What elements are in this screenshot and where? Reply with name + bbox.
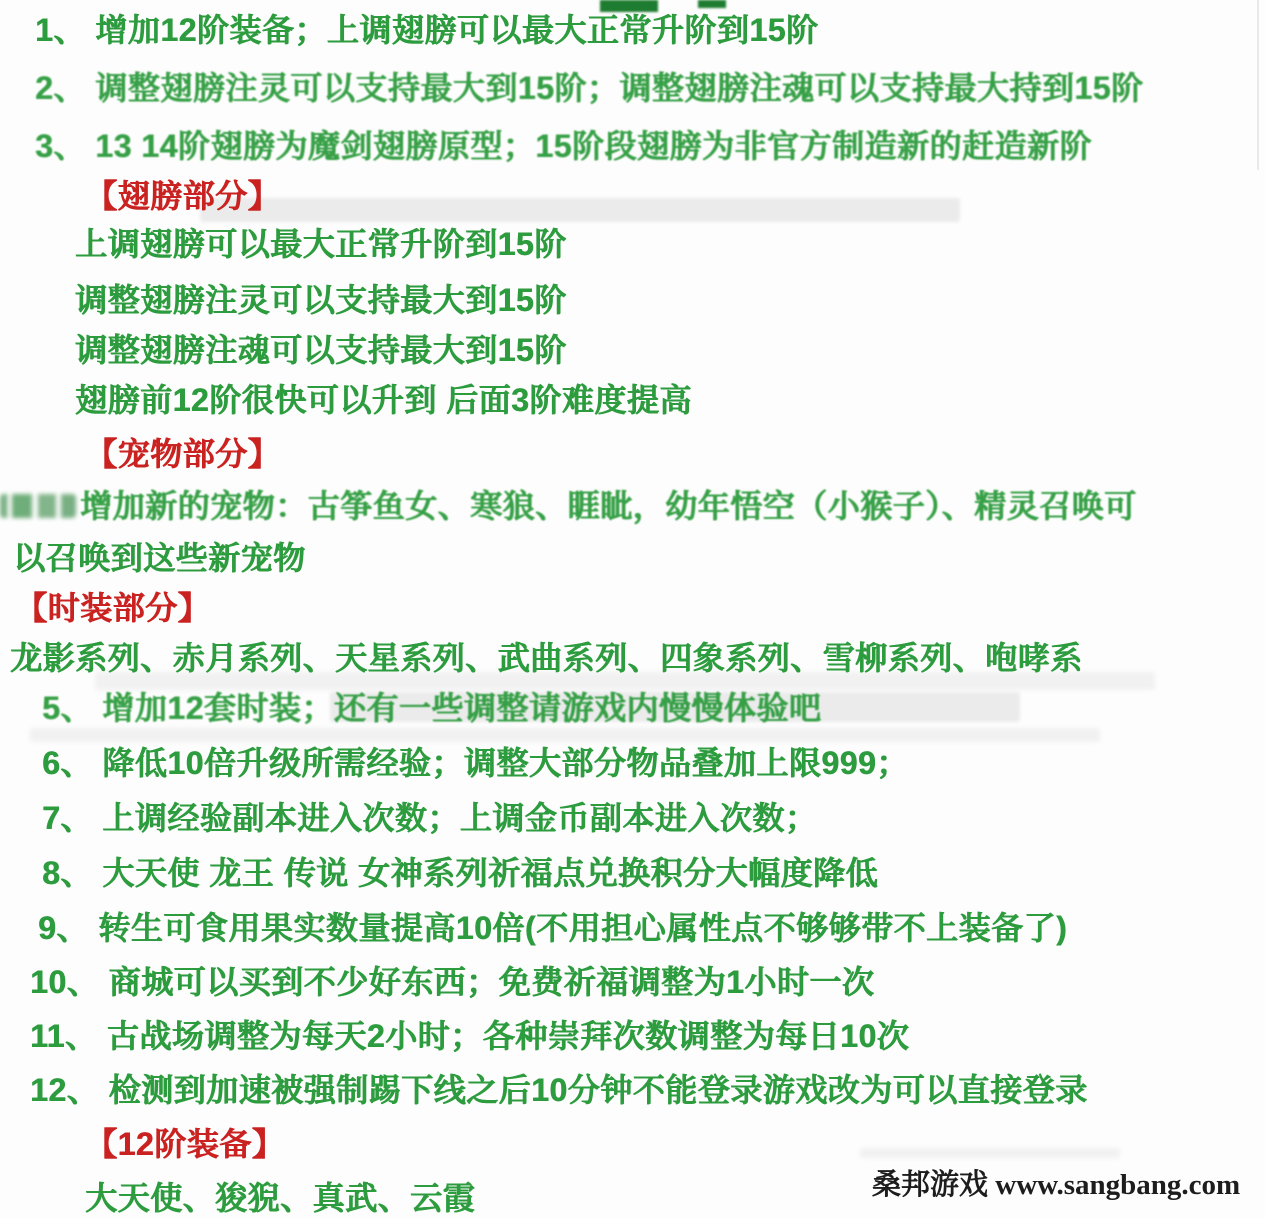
section-header-fashion: 【时装部分】 [15, 592, 210, 624]
patch-note-line-6: 6、 降低10倍升级所需经验；调整大部分物品叠加上限999； [42, 747, 909, 779]
patch-note-line-3: 3、 13 14阶翅膀为魔剑翅膀原型；15阶段翅膀为非官方制造新的赶造新阶 [35, 130, 1092, 162]
gear-list-line: 大天使、狻猊、真武、云霞 [85, 1182, 475, 1214]
erased-text-artifact [0, 494, 76, 518]
patch-note-line-12: 12、 检测到加速被强制踢下线之后10分钟不能登录游戏改为可以直接登录 [30, 1074, 1088, 1106]
patch-note-line-8: 8、 大天使 龙王 传说 女神系列祈福点兑换积分大幅度降低 [42, 857, 878, 889]
patch-note-line-5: 5、 增加12套时装；还有一些调整请游戏内慢慢体验吧 [42, 692, 821, 724]
wings-note-line: 翅膀前12阶很快可以升到 后面3阶难度提高 [75, 384, 692, 416]
patch-note-line-10: 10、 商城可以买到不少好东西；免费祈福调整为1小时一次 [30, 966, 874, 998]
patch-note-line-1: 1、 增加12阶装备；上调翅膀可以最大正常升阶到15阶 [35, 14, 818, 46]
section-header-tier12-gear: 【12阶装备】 [85, 1128, 284, 1160]
scan-edge-artifact [1257, 0, 1259, 170]
erased-watermark-ghost [860, 1148, 1120, 1158]
pets-note-line: 增加新的宠物：古筝鱼女、寒狼、睚眦，幼年悟空（小猴子）、精灵召唤可 [80, 490, 1137, 522]
clipped-text-artifact [698, 0, 726, 8]
patch-notes-document: 1、 增加12阶装备；上调翅膀可以最大正常升阶到15阶 2、 调整翅膀注灵可以支… [0, 0, 1265, 1218]
patch-note-line-2: 2、 调整翅膀注灵可以支持最大到15阶；调整翅膀注魂可以支持最大持到15阶 [35, 72, 1143, 104]
patch-note-line-9: 9、 转生可食用果实数量提高10倍(不用担心属性点不够够带不上装备了) [38, 912, 1067, 944]
erased-watermark-ghost [200, 198, 960, 222]
section-header-pets: 【宠物部分】 [85, 438, 280, 470]
fashion-series-line: 龙影系列、赤月系列、天星系列、武曲系列、四象系列、雪柳系列、咆哮系 [10, 642, 1083, 674]
site-watermark: 桑邦游戏 www.sangbang.com [872, 1162, 1240, 1203]
wings-note-line: 上调翅膀可以最大正常升阶到15阶 [75, 228, 567, 260]
pets-note-line: 以召唤到这些新宠物 [13, 542, 306, 574]
wings-note-line: 调整翅膀注灵可以支持最大到15阶 [75, 284, 567, 316]
wings-note-line: 调整翅膀注魂可以支持最大到15阶 [75, 334, 567, 366]
patch-note-line-11: 11、 古战场调整为每天2小时；各种崇拜次数调整为每日10次 [30, 1020, 909, 1052]
section-header-wings: 【翅膀部分】 [85, 180, 280, 212]
clipped-text-artifact [600, 0, 658, 12]
erased-watermark-ghost [30, 728, 1100, 742]
patch-note-line-7: 7、 上调经验副本进入次数；上调金币副本进入次数； [42, 802, 817, 834]
